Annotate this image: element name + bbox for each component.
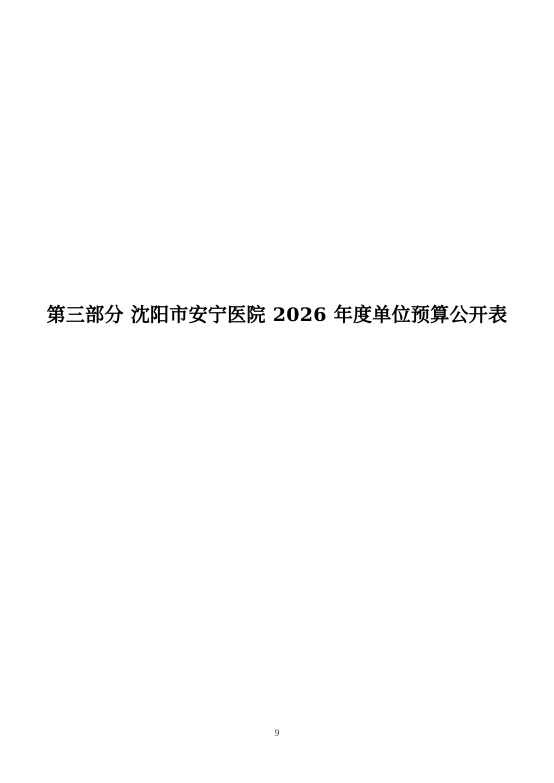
page-number: 9 (0, 727, 554, 739)
document-page: 第三部分 沈阳市安宁医院 2026 年度单位预算公开表 9 (0, 0, 554, 783)
section-title: 第三部分 沈阳市安宁医院 2026 年度单位预算公开表 (0, 302, 554, 328)
